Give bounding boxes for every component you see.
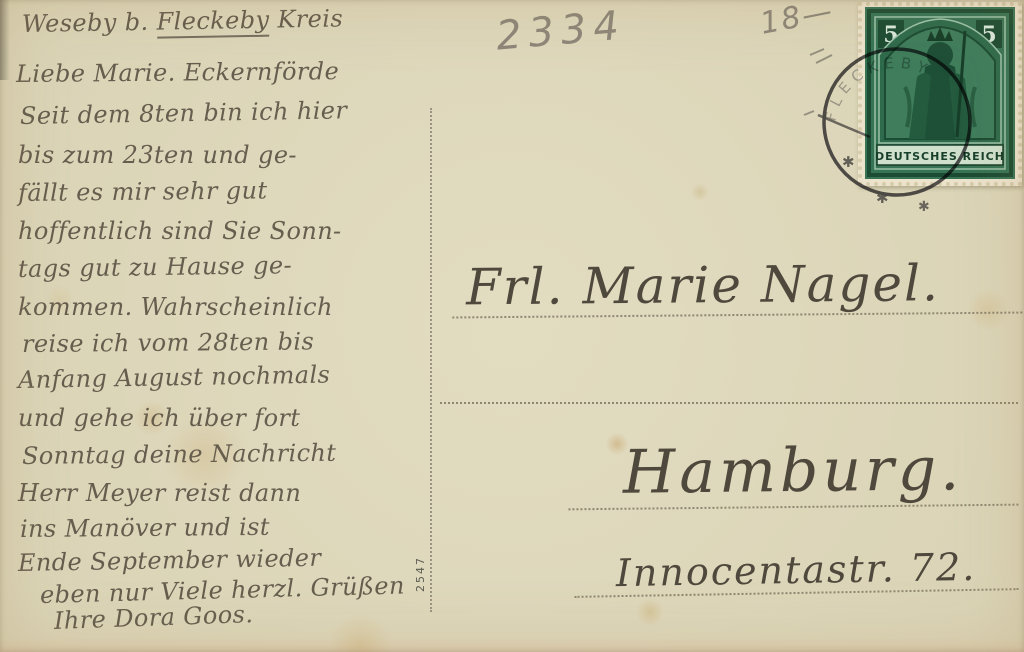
postmark-star-icon: ✱ — [876, 189, 889, 207]
svg-text:FLECKEBY: FLECKEBY — [822, 54, 936, 123]
postcard-back: Weseby b. Fleckeby Kreis Liebe Marie. Ec… — [0, 0, 1024, 652]
message-line: Anfang August nochmals — [18, 361, 331, 394]
address-recipient-text: Frl. Marie Nagel. — [466, 254, 940, 316]
postmark-artwork: FLECKEBY ✱ ✱ ✱ — [790, 15, 1005, 230]
signature: Ihre Dora Goos. — [54, 600, 254, 635]
address-blank-line — [440, 330, 1018, 404]
pencil-card-number: 2334 — [494, 2, 627, 59]
underlined-word: Fleckeby — [156, 6, 269, 39]
center-divider-dotted-line — [430, 108, 432, 612]
message-line: reise ich vom 28ten bis — [22, 327, 314, 358]
postmark: FLECKEBY ✱ ✱ ✱ — [790, 15, 1005, 230]
scan-edge-shadow — [0, 0, 10, 80]
message-line: bis zum 23ten und ge- — [18, 141, 297, 169]
address-street-text: Innocentastr. 72. — [616, 545, 977, 595]
message-block: Weseby b. Fleckeby Kreis Liebe Marie. Ec… — [16, 0, 468, 652]
message-text: Weseby b. — [22, 8, 157, 38]
message-line: tags gut zu Hause ge- — [18, 251, 292, 283]
address-street-line: Innocentastr. 72. — [574, 532, 1019, 598]
message-line: ins Manöver und ist — [20, 513, 270, 543]
address-city-line: Hamburg. — [568, 418, 1019, 511]
message-line: Liebe Marie. Eckernförde — [16, 57, 339, 88]
postmark-star-icon: ✱ — [842, 153, 855, 171]
address-recipient-line: Frl. Marie Nagel. — [452, 237, 1024, 318]
message-line: Seit dem 8ten bin ich hier — [20, 96, 348, 130]
postmark-star-icon: ✱ — [918, 199, 930, 215]
message-line: Weseby b. Fleckeby Kreis — [22, 4, 344, 38]
message-line: Sonntag deine Nachricht — [22, 439, 337, 470]
message-line: fällt es mir sehr gut — [18, 176, 268, 207]
message-line: und gehe ich über fort — [18, 404, 300, 432]
postmark-town-text: FLECKEBY — [822, 54, 936, 123]
address-city-text: Hamburg. — [623, 434, 964, 508]
message-line: kommen. Wahrscheinlich — [18, 293, 333, 321]
printed-plate-number: 2547 — [414, 556, 427, 592]
message-line: Herr Meyer reist dann — [18, 479, 301, 507]
message-line: hoffentlich sind Sie Sonn- — [18, 217, 342, 245]
message-text: Kreis — [269, 4, 343, 33]
message-line: Ende September wieder — [18, 544, 322, 577]
